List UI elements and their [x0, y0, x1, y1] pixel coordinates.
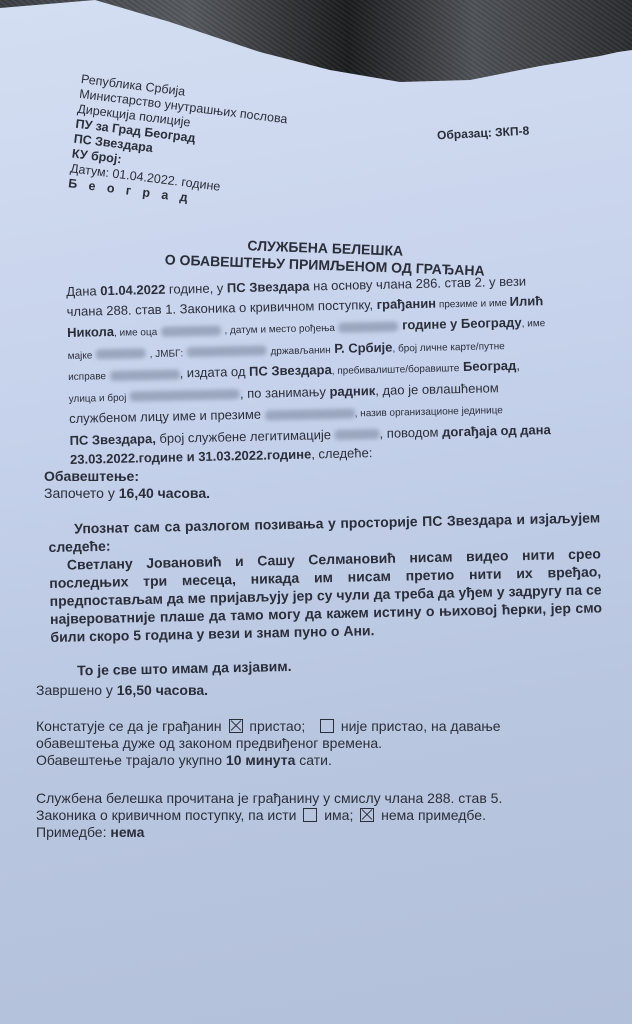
intro-label: , име оца — [114, 327, 157, 339]
no-remarks-label: нема примедбе. — [381, 807, 486, 823]
unit-station: ПС Звездара, — [69, 431, 156, 448]
birth-place: године у Београду — [402, 315, 522, 333]
event-dates: 23.03.2022.године и 31.03.2022.године — [70, 446, 312, 466]
started-time: 16,40 часова. — [119, 485, 210, 501]
citizen-surname: Илић — [510, 293, 544, 309]
intro-label: мајке — [68, 350, 93, 362]
intro-text: , дао је овлашћеном — [375, 380, 499, 398]
statement-body: Светлану Јовановић и Сашу Селмановић нис… — [49, 544, 603, 646]
citizen-first-name: Никола — [67, 324, 114, 340]
intro-label: , име — [522, 318, 546, 330]
intro-label: презиме и име — [436, 297, 510, 310]
intro-label: улица и број — [69, 392, 127, 404]
notice-heading: Обавештење: — [44, 468, 210, 485]
redacted-jmbg — [187, 346, 267, 358]
duration-value: 10 минута — [226, 752, 295, 768]
intro-paragraph: Дана 01.04.2022 године, у ПС Звездара на… — [66, 271, 570, 470]
redacted-badge-number — [334, 429, 379, 440]
statement-section: Упознат сам са разлогом позивања у прост… — [48, 508, 603, 680]
redacted-mother-name — [96, 348, 146, 359]
not-agreed-label: није пристао, на давање — [341, 718, 501, 734]
intro-text: године, у — [165, 280, 227, 296]
intro-label: , ЈМБГ: — [150, 348, 184, 360]
reading-section: Службена белешка прочитана је грађанину … — [36, 790, 596, 841]
no-remarks-checkbox[interactable] — [360, 808, 374, 822]
intro-text: , следеће: — [311, 445, 372, 461]
issuing-station: ПС Звездара — [249, 362, 332, 379]
intro-text: , поводом — [379, 424, 442, 440]
reading-text: Службена белешка прочитана је грађанину … — [36, 790, 596, 807]
finished-label: Завршено у — [36, 682, 117, 698]
document-header: Република Србија Министарство унутрашњих… — [67, 72, 290, 217]
intro-text: Дана — [66, 283, 100, 299]
agreed-label: пристао; — [249, 718, 305, 734]
duration-unit: сати. — [295, 752, 332, 768]
intro-date: 01.04.2022 — [100, 282, 165, 298]
event-label: догађаја од дана — [442, 422, 551, 439]
remarks-value: нема — [110, 824, 144, 840]
intro-text: на основу члана 286. став 2. у вези — [309, 274, 526, 294]
intro-text: , по занимању — [240, 384, 330, 401]
intro-label: исправе — [68, 371, 106, 383]
intro-label: , пребивалиште/боравиште — [332, 363, 460, 377]
residence-city: Београд — [463, 358, 517, 374]
started-label: Започето у — [44, 485, 119, 501]
intro-text: број службене легитимације — [156, 427, 331, 446]
redacted-birth-date — [338, 321, 398, 332]
finished-time: 16,50 часова. — [117, 682, 208, 698]
intro-text: , издата од — [179, 364, 249, 381]
citizenship: Р. Србије — [334, 339, 392, 355]
statement-closing: То је све што имам да изјавим. — [51, 650, 603, 680]
intro-citizen: грађанин — [376, 295, 436, 311]
intro-label: , назив организационе јединице — [355, 405, 503, 419]
intro-label: , број личне карте/путне — [392, 341, 505, 355]
consent-text-2: обавештења дуже од законом предвиђеног в… — [36, 735, 596, 752]
duration-label: Обавештење трајало укупно — [36, 752, 226, 768]
has-remarks-label: има; — [324, 807, 353, 823]
redacted-address — [130, 389, 240, 401]
consent-text: Констатује се да је грађанин — [36, 718, 222, 734]
redacted-officer-name — [265, 408, 355, 420]
has-remarks-checkbox[interactable] — [303, 808, 317, 822]
intro-label: , датум и место рођења — [224, 323, 335, 337]
finished-line: Завршено у 16,50 часова. — [36, 682, 596, 699]
remarks-label: Примедбе: — [36, 824, 110, 840]
form-code: Образац: ЗКП-8 — [437, 124, 530, 143]
not-agreed-checkbox[interactable] — [320, 719, 334, 733]
intro-text: службеном лицу име и презиме — [69, 407, 261, 426]
consent-section: Констатује се да је грађанин пристао; ни… — [36, 718, 596, 769]
notice-section: Обавештење: Започето у 16,40 часова. — [44, 468, 210, 502]
reading-text-2: Законика о кривичном поступку, па исти — [36, 807, 296, 823]
occupation: радник — [329, 383, 375, 399]
agreed-checkbox[interactable] — [229, 719, 243, 733]
redacted-father-name — [161, 325, 221, 336]
redacted-id-number — [110, 369, 180, 381]
intro-label: држављанин — [270, 345, 330, 357]
official-note-document: Република Србија Министарство унутрашњих… — [0, 0, 632, 1024]
intro-station: ПС Звездара — [227, 278, 310, 295]
